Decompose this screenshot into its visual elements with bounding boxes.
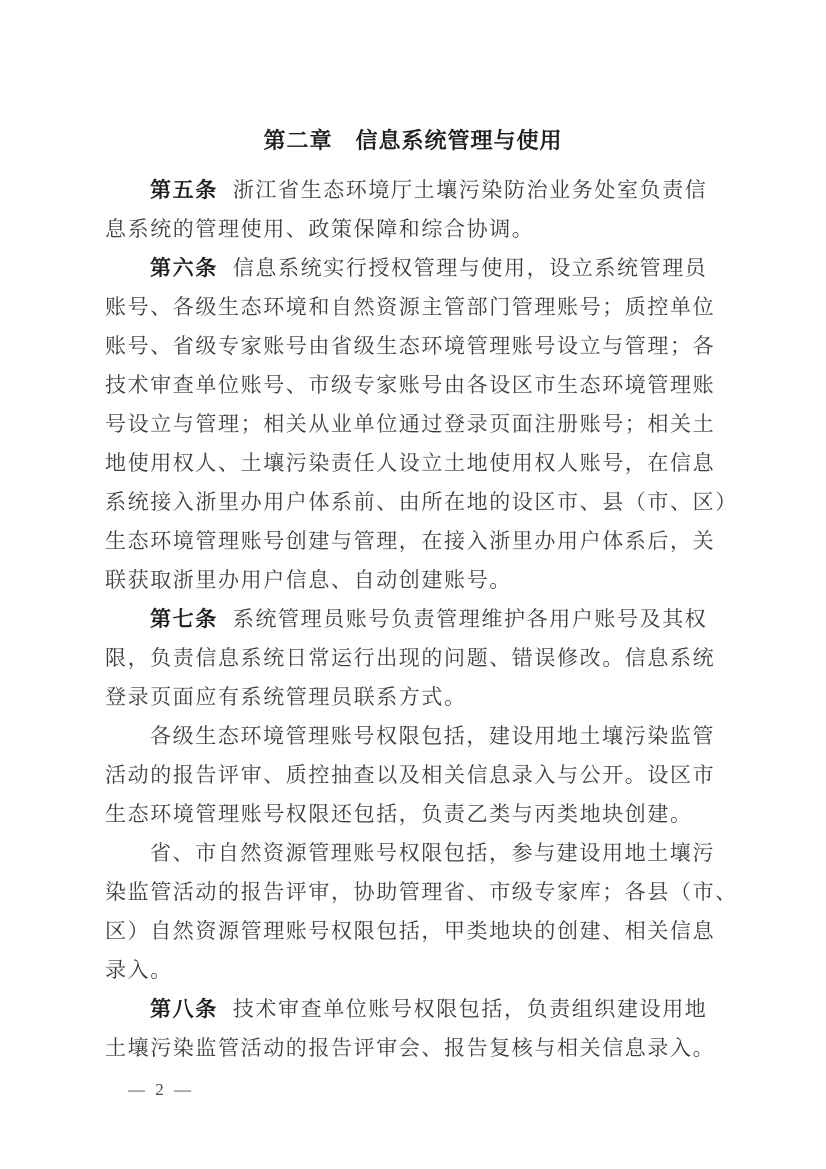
text-line: 第六条信息系统实行授权管理与使用，设立系统管理员 <box>105 249 721 288</box>
text-line: 技术审查单位账号、市级专家账号由各设区市生态环境管理账 <box>105 366 721 405</box>
text-line: 土壤污染监管活动的报告评审会、报告复核与相关信息录入。 <box>105 1029 721 1068</box>
text-line: 登录页面应有系统管理员联系方式。 <box>105 678 721 717</box>
text-line: 账号、省级专家账号由省级生态环境管理账号设立与管理；各 <box>105 327 721 366</box>
text-line: 生态环境管理账号创建与管理，在接入浙里办用户体系后，关 <box>105 522 721 561</box>
text-line: 各级生态环境管理账号权限包括，建设用地土壤污染监管 <box>105 717 721 756</box>
text-line: 录入。 <box>105 951 721 990</box>
text-line: 息系统的管理使用、政策保障和综合协调。 <box>105 210 721 249</box>
text-line: 联获取浙里办用户信息、自动创建账号。 <box>105 561 721 600</box>
text-line: 区）自然资源管理账号权限包括，甲类地块的创建、相关信息 <box>105 912 721 951</box>
chapter-heading: 第二章 信息系统管理与使用 <box>105 122 721 171</box>
text-line: 系统接入浙里办用户体系前、由所在地的设区市、县（市、区） <box>105 483 721 522</box>
text-line: 号设立与管理；相关从业单位通过登录页面注册账号；相关土 <box>105 405 721 444</box>
clause-label: 第六条 <box>150 256 218 280</box>
text-line: 第七条系统管理员账号负责管理维护各用户账号及其权 <box>105 600 721 639</box>
clause-label: 第八条 <box>150 997 218 1021</box>
clause-label: 第七条 <box>150 607 218 631</box>
clause-label: 第五条 <box>150 178 218 202</box>
text-line: 限，负责信息系统日常运行出现的问题、错误修改。信息系统 <box>105 639 721 678</box>
document-page: 第二章 信息系统管理与使用 第五条浙江省生态环境厅土壤污染防治业务处室负责信息系… <box>0 0 826 1169</box>
text-line: 第五条浙江省生态环境厅土壤污染防治业务处室负责信 <box>105 171 721 210</box>
page-number: — 2 — <box>128 1080 194 1100</box>
text-line: 第八条技术审查单位账号权限包括，负责组织建设用地 <box>105 990 721 1029</box>
text-line: 活动的报告评审、质控抽查以及相关信息录入与公开。设区市 <box>105 756 721 795</box>
text-line: 账号、各级生态环境和自然资源主管部门管理账号；质控单位 <box>105 288 721 327</box>
text-line: 省、市自然资源管理账号权限包括，参与建设用地土壤污 <box>105 834 721 873</box>
text-line: 染监管活动的报告评审，协助管理省、市级专家库；各县（市、 <box>105 873 721 912</box>
text-line: 地使用权人、土壤污染责任人设立土地使用权人账号，在信息 <box>105 444 721 483</box>
document-content: 第二章 信息系统管理与使用 第五条浙江省生态环境厅土壤污染防治业务处室负责信息系… <box>105 122 721 1068</box>
text-line: 生态环境管理账号权限还包括，负责乙类与丙类地块创建。 <box>105 795 721 834</box>
document-body: 第五条浙江省生态环境厅土壤污染防治业务处室负责信息系统的管理使用、政策保障和综合… <box>105 171 721 1068</box>
